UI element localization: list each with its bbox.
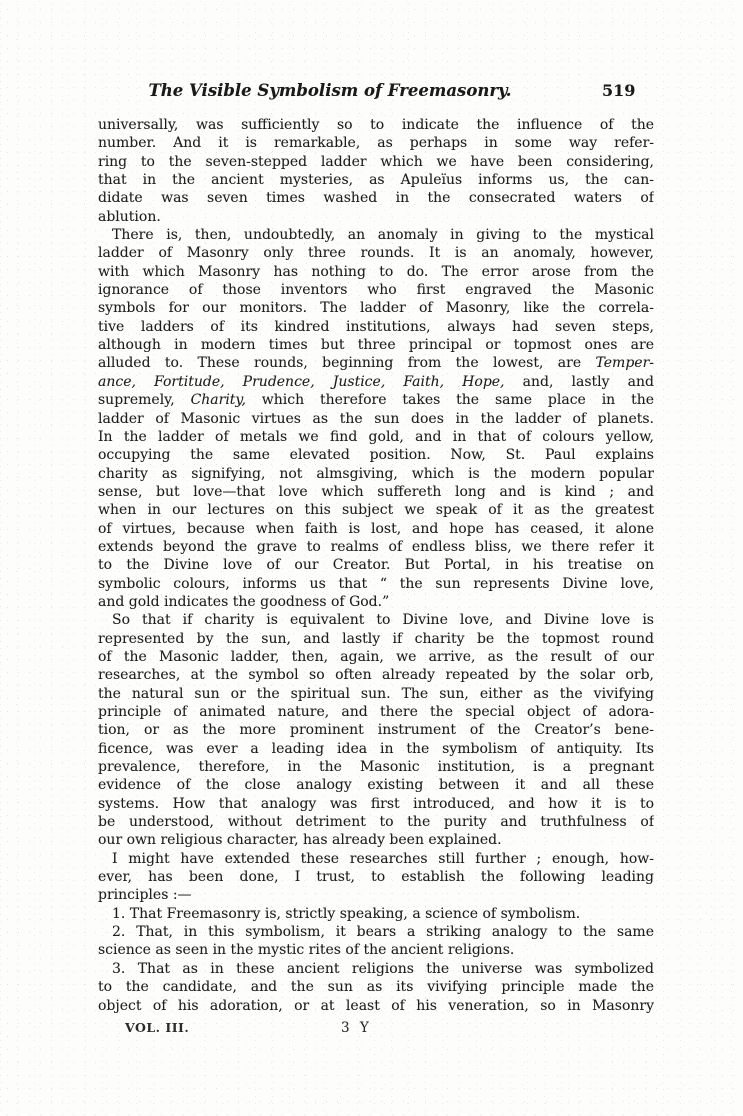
text-line: ring to the seven-stepped ladder which w… [98,153,654,171]
text-line: I might have extended these researches s… [98,850,654,868]
paragraph: 2. That, in this symbolism, it bears a s… [98,923,654,960]
text-line: ficence, was ever a leading idea in the … [98,740,654,758]
text-line: the natural sun or the spiritual sun. Th… [98,685,654,703]
text-line: supremely, Charity, which therefore take… [98,391,654,409]
page-title: The Visible Symbolism of Freemasonry. [149,81,512,100]
text-line: ladder of Masonry only three rounds. It … [98,244,654,262]
paragraph: There is, then, undoubtedly, an anomaly … [98,226,654,611]
text-line: our own religious character, has already… [98,831,654,849]
text-line: represented by the sun, and lastly if ch… [98,630,654,648]
text-line: ever, has been done, I trust, to establi… [98,868,654,886]
text-line: universally, was sufficiently so to indi… [98,116,654,134]
text-line: be understood, without detriment to the … [98,813,654,831]
text-line: prevalence, therefore, in the Masonic in… [98,758,654,776]
text-line: researches, at the symbol so often alrea… [98,666,654,684]
text-line: didate was seven times washed in the con… [98,189,654,207]
text-line: with which Masonry has nothing to do. Th… [98,263,654,281]
text-line: extends beyond the grave to realms of en… [98,538,654,556]
running-header: The Visible Symbolism of Freemasonry. 51… [0,81,743,103]
text-line: tion, or as the more prominent instrumen… [98,721,654,739]
text-line: science as seen in the mystic rites of t… [98,941,654,959]
text-line: sense, but love—that love which sufferet… [98,483,654,501]
text-line: 2. That, in this symbolism, it bears a s… [98,923,654,941]
text-line: In the ladder of metals we find gold, an… [98,428,654,446]
text-line: ladder of Masonic virtues as the sun doe… [98,410,654,428]
text-line: alluded to. These rounds, beginning from… [98,354,654,372]
text-line: systems. How that analogy was first intr… [98,795,654,813]
text-line: evidence of the close analogy existing b… [98,776,654,794]
text-line: 1. That Freemasonry is, strictly speakin… [98,905,654,923]
text-line: of the Masonic ladder, then, again, we a… [98,648,654,666]
text-line: occupying the same elevated position. No… [98,446,654,464]
text-line: although in modern times but three princ… [98,336,654,354]
page-body: universally, was sufficiently so to indi… [98,116,654,1015]
text-line: ance, Fortitude, Prudence, Justice, Fait… [98,373,654,391]
paragraph: 1. That Freemasonry is, strictly speakin… [98,905,654,923]
text-line: to the Divine love of our Creator. But P… [98,556,654,574]
volume-label: VOL. III. [125,1020,189,1035]
text-line: when in our lectures on this subject we … [98,501,654,519]
text-line: 3. That as in these ancient religions th… [98,960,654,978]
text-line: There is, then, undoubtedly, an anomaly … [98,226,654,244]
text-line: of virtues, because when faith is lost, … [98,520,654,538]
text-line: to the candidate, and the sun as its viv… [98,978,654,996]
signature-mark: 3 Y [341,1020,369,1036]
text-line: symbolic colours, informs us that “ the … [98,575,654,593]
text-line: and gold indicates the goodness of God.” [98,593,654,611]
text-line: that in the ancient mysteries, as Apuleï… [98,171,654,189]
text-line: tive ladders of its kindred institutions… [98,318,654,336]
text-line: So that if charity is equivalent to Divi… [98,611,654,629]
text-line: ablution. [98,208,654,226]
text-line: number. And it is remarkable, as perhaps… [98,134,654,152]
text-line: principle of animated nature, and there … [98,703,654,721]
page-footer: VOL. III. 3 Y [0,1020,743,1040]
text-line: principles :— [98,886,654,904]
text-line: ignorance of those inventors who first e… [98,281,654,299]
paragraph: So that if charity is equivalent to Divi… [98,611,654,849]
paragraph: universally, was sufficiently so to indi… [98,116,654,226]
text-line: symbols for our monitors. The ladder of … [98,299,654,317]
scanned-page: The Visible Symbolism of Freemasonry. 51… [0,0,743,1116]
paragraph: I might have extended these researches s… [98,850,654,905]
text-line: object of his adoration, or at least of … [98,997,654,1015]
text-line: charity as signifying, not almsgiving, w… [98,465,654,483]
paragraph: 3. That as in these ancient religions th… [98,960,654,1015]
page-number: 519 [602,81,635,100]
